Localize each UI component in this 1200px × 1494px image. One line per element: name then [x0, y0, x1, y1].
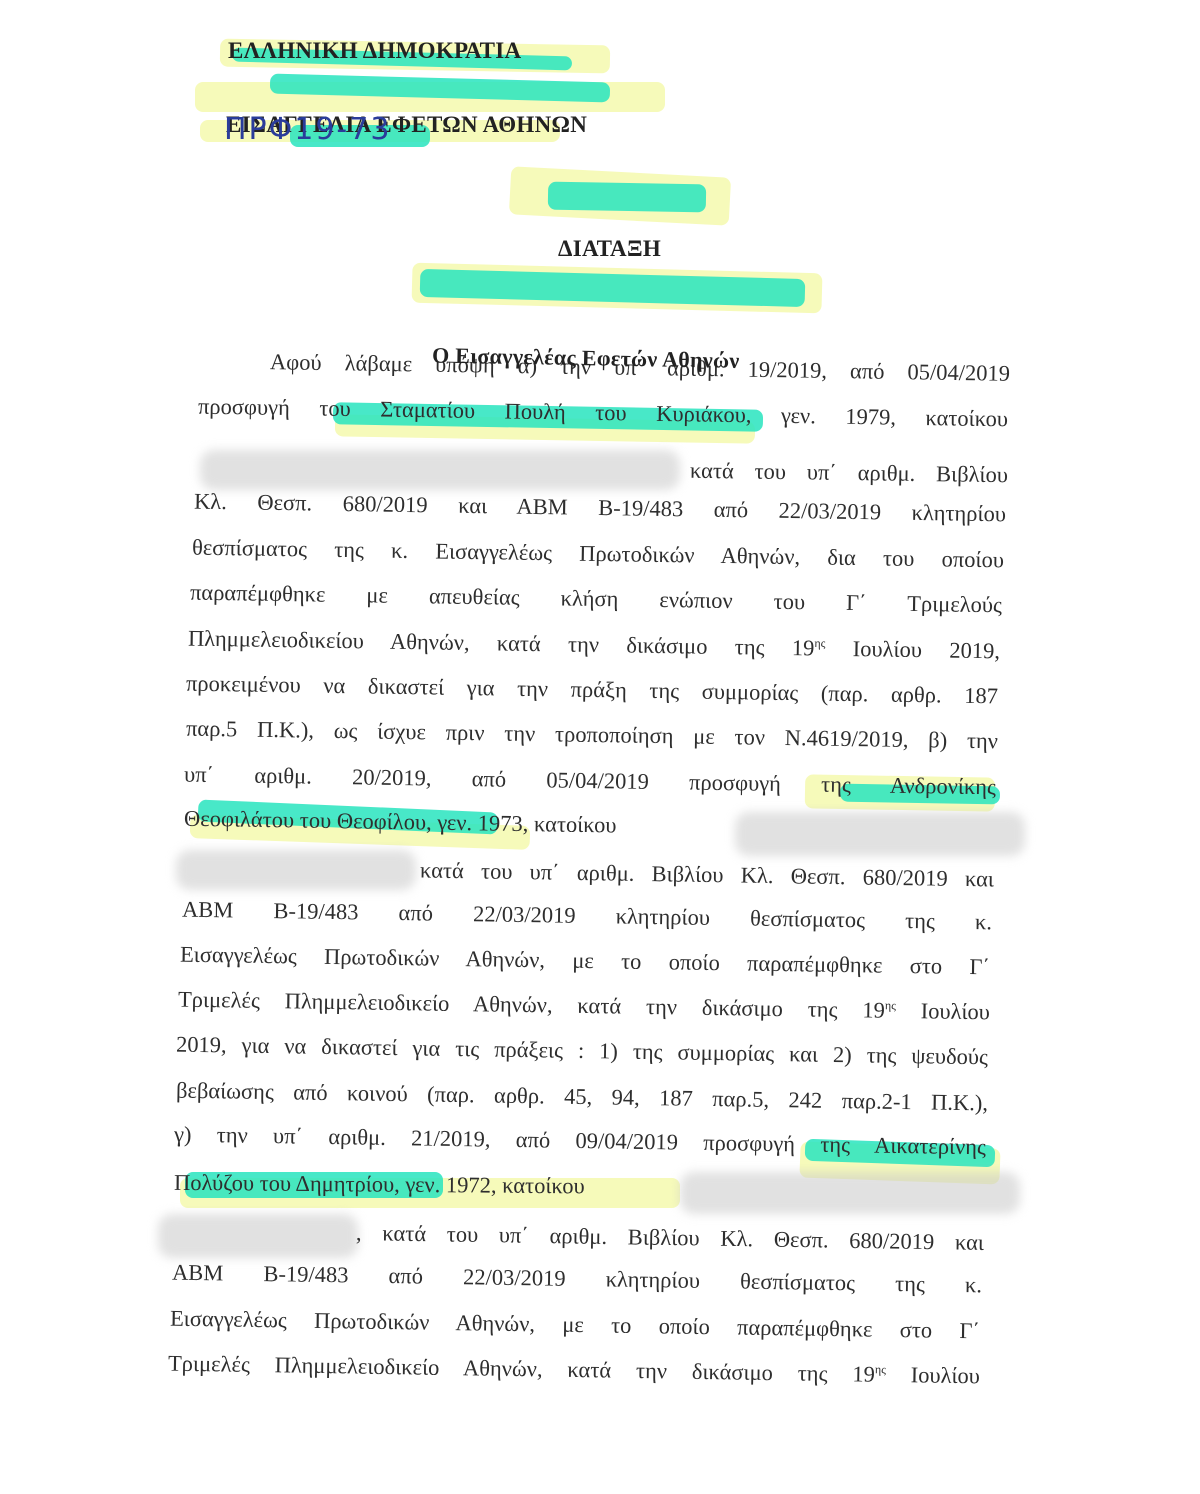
- body-line: προκειμένου να δικαστεί για την πράξη τη…: [186, 671, 998, 710]
- header-line-1: ΕΛΛΗΝΙΚΗ ΔΗΜΟΚΡΑΤΙΑ: [228, 38, 1200, 64]
- body-line: , κατά του υπ΄ αριθμ. Βιβλίου Κλ. Θεσπ. …: [356, 1220, 984, 1256]
- body-line: ΑΒΜ Β-19/483 από 22/03/2019 κλητηρίου θε…: [172, 1260, 982, 1299]
- redacted-address: [158, 1214, 358, 1258]
- document-page: ΕΛΛΗΝΙΚΗ ΔΗΜΟΚΡΑΤΙΑ ΕΙΣΑΓΓΕΛΙΑ ΕΦΕΤΩΝ ΑΘ…: [0, 0, 1200, 1494]
- body-line: 2019, για να δικαστεί για τις πράξεις : …: [176, 1032, 988, 1071]
- handwritten-reference: ΠΡΦ19-73: [224, 112, 391, 147]
- body-line: Εισαγγελέως Πρωτοδικών Αθηνών, με το οπο…: [170, 1306, 980, 1345]
- body-line: κατά του υπ΄ αριθμ. Βιβλίου Κλ. Θεσπ. 68…: [420, 857, 994, 892]
- body-line: γ) την υπ΄ αριθμ. 21/2019, από 09/04/201…: [174, 1122, 986, 1161]
- redacted-address: [680, 1172, 1020, 1214]
- body-line: Εισαγγελέως Πρωτοδικών Αθηνών, με το οπο…: [180, 942, 990, 981]
- body-line: Πολύζου του Δημητρίου, γεν. 1972, κατοίκ…: [174, 1170, 674, 1200]
- body-line: υπ΄ αριθμ. 20/2019, από 05/04/2019 προσφ…: [184, 762, 996, 801]
- body-line: θεσπίσματος της κ. Εισαγγελέως Πρωτοδικώ…: [192, 535, 1004, 574]
- document-title: ΔΙΑΤΑΞΗ: [558, 236, 1200, 262]
- body-line: Κλ. Θεσπ. 680/2019 και ΑΒΜ Β-19/483 από …: [194, 489, 1006, 528]
- redacted-address: [735, 812, 1025, 856]
- body-line: βεβαίωσης από κοινού (παρ. αρθρ. 45, 94,…: [176, 1078, 988, 1117]
- body-line: κατά του υπ΄ αριθμ. Βιβλίου: [690, 458, 1008, 488]
- body-line: παραπέμφθηκε με απευθείας κλήση ενώπιον …: [190, 580, 1002, 619]
- body-line: παρ.5 Π.Κ.), ως ίσχυε πριν την τροποποίη…: [186, 716, 998, 755]
- body-line: Τριμελές Πλημμελειοδικείο Αθηνών, κατά τ…: [168, 1351, 980, 1390]
- body-line: ΑΒΜ Β-19/483 από 22/03/2019 κλητηρίου θε…: [182, 897, 992, 936]
- redacted-address: [176, 850, 416, 890]
- redacted-address: [200, 450, 680, 490]
- highlight-band: [548, 182, 706, 213]
- body-line: Τριμελές Πλημμελειοδικείο Αθηνών, κατά τ…: [178, 987, 990, 1026]
- body-line: Πλημμελειοδικείου Αθηνών, κατά την δικάσ…: [188, 626, 1000, 665]
